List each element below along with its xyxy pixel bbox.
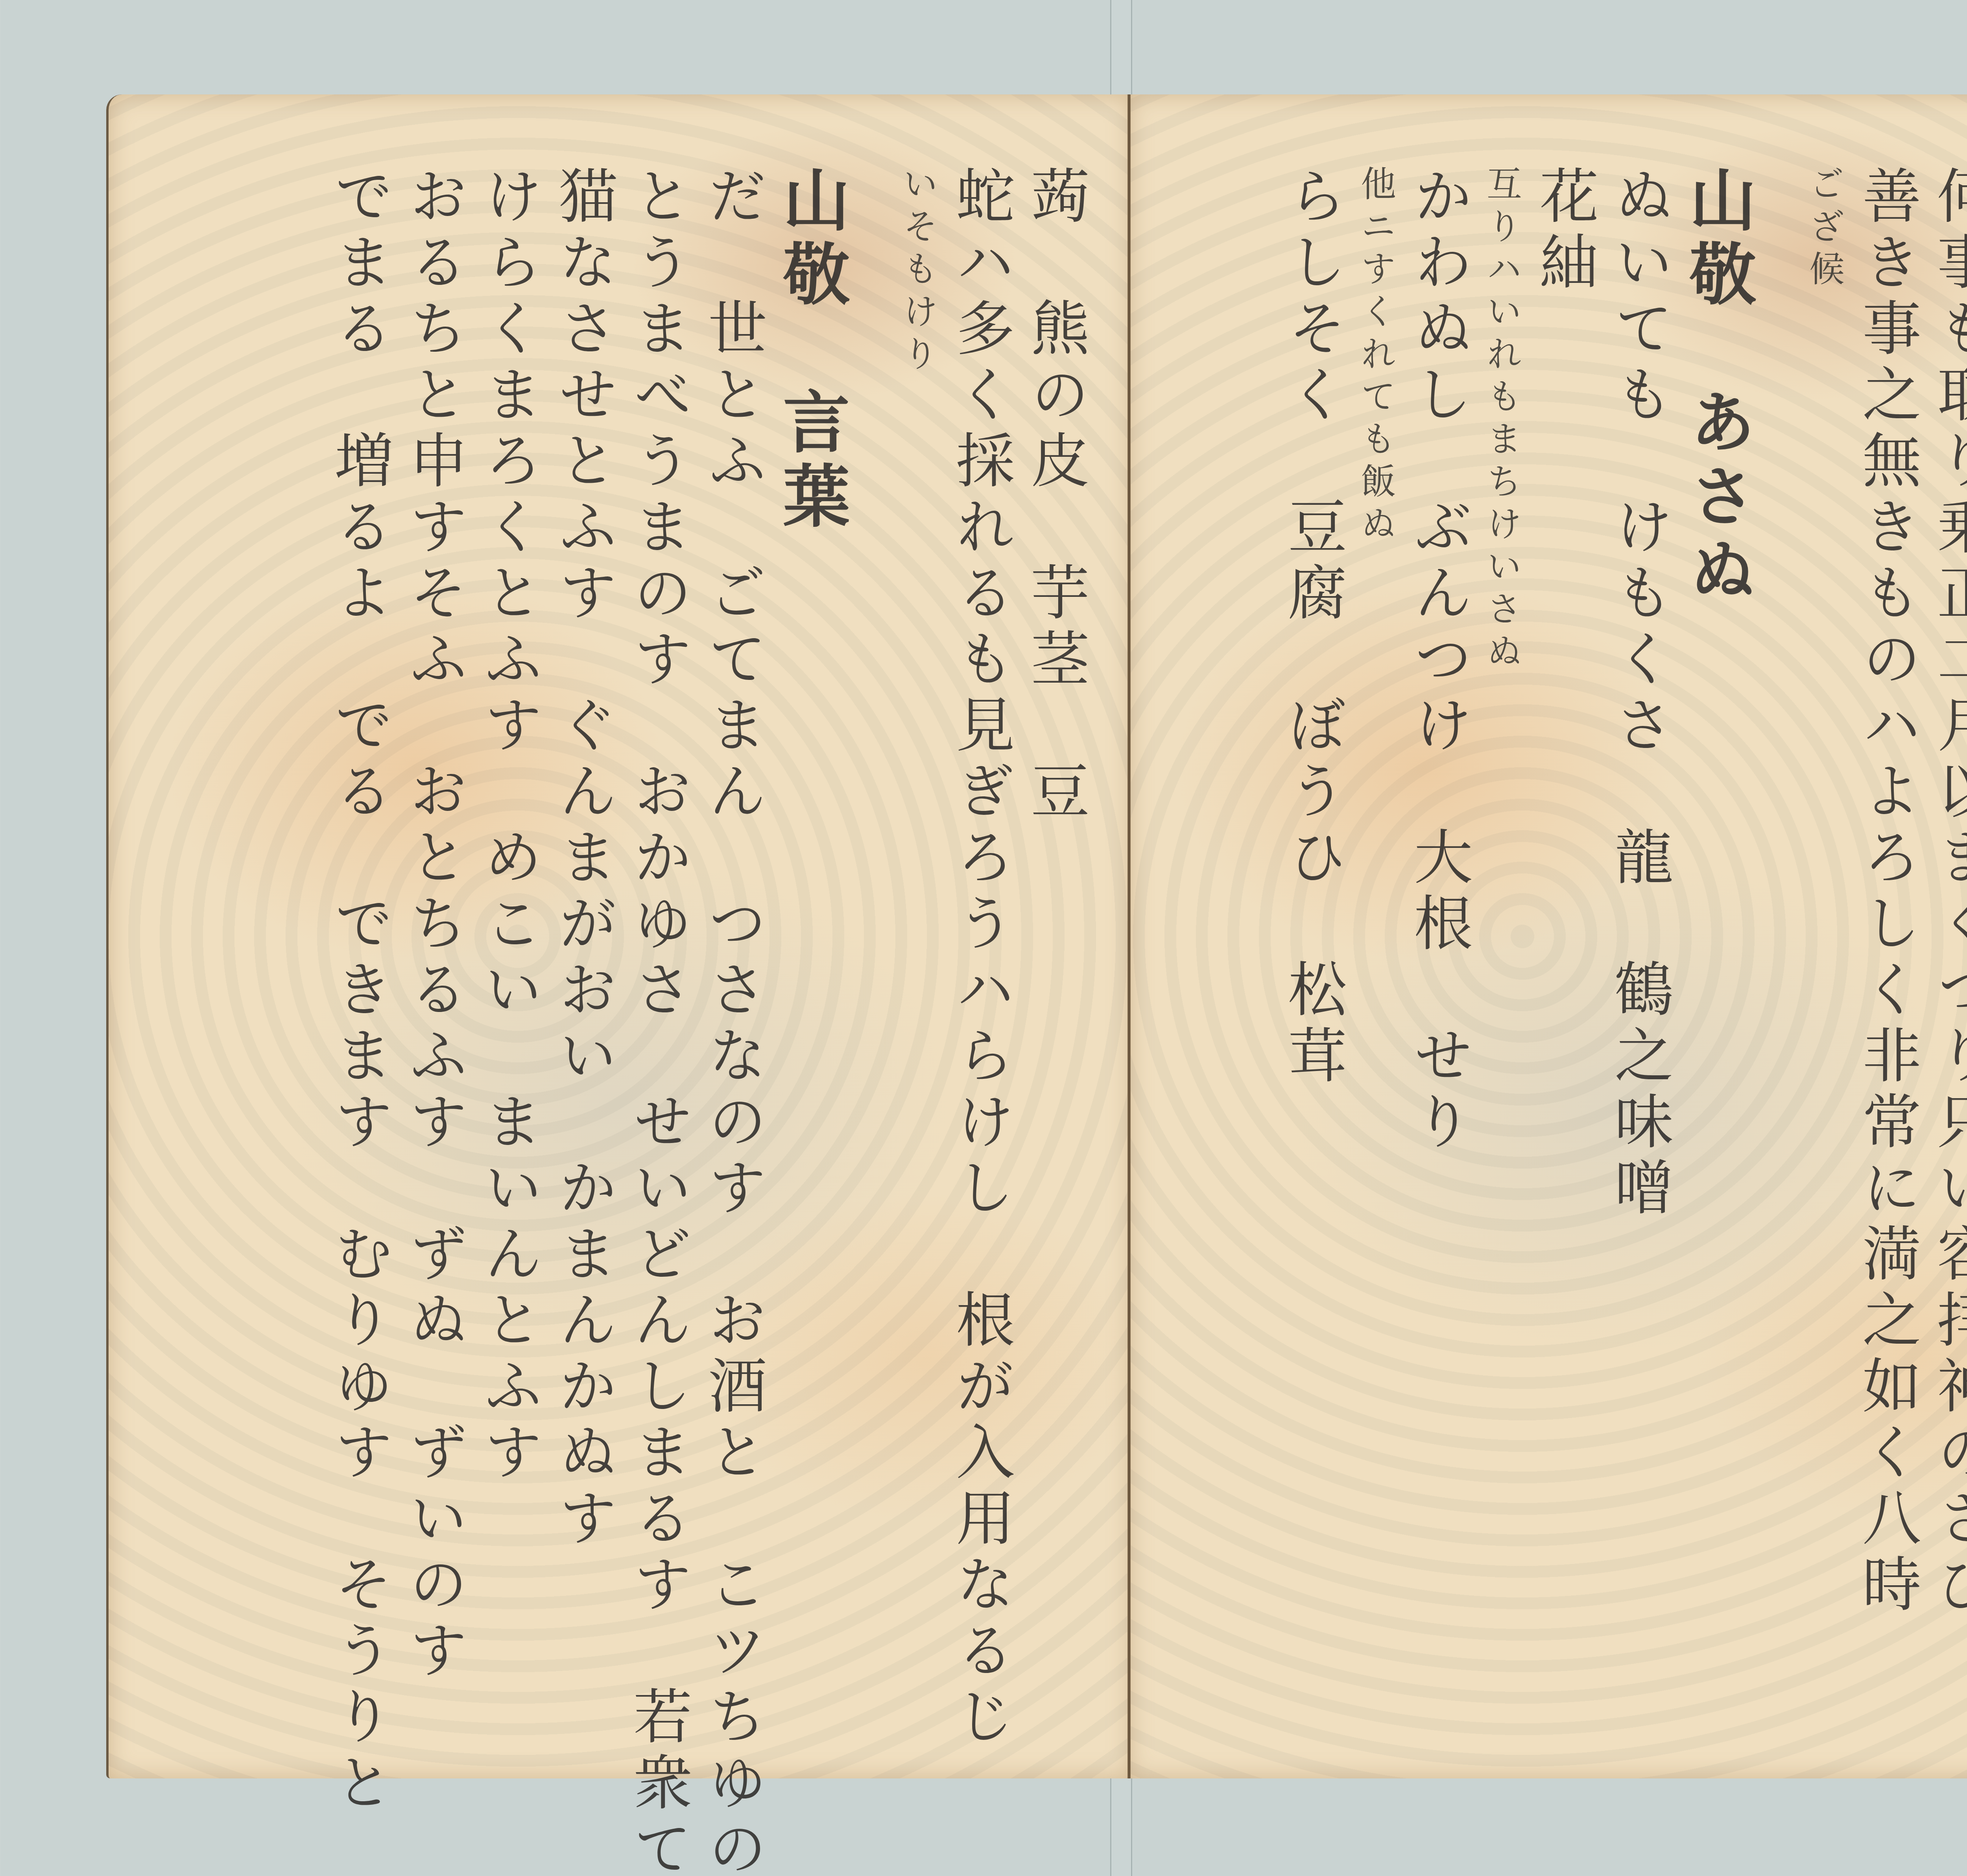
text-column: けらくまろくとふす めこい まいんとふす: [478, 165, 537, 1700]
text-column: 互りハいれもまちけいさぬ: [1483, 165, 1519, 1700]
text-column: らしそく 豆腐 ぼうひ 松茸: [1282, 165, 1341, 1700]
text-column: 花紬: [1534, 165, 1593, 1700]
text-column: 他ニすくれても飯ぬ: [1357, 165, 1393, 1700]
left-page-columns: 蒟 熊の皮 芋茎 豆 蛇ハ多く採れるも見ぎろうハらけし 根が入用なるじ いそもけ…: [156, 165, 1084, 1700]
text-column: だ 世とふ ごてまん つさなのす お酒と こツちゆのまのす: [703, 165, 762, 1700]
section-heading: 山敬 言葉: [777, 165, 844, 1700]
text-column: でまる 増るよ でる できます むりゆす そうりと: [329, 165, 388, 1700]
text-column: おるちと申すそふ おとちるふす ずぬ ずいのす: [404, 165, 463, 1700]
column-gap: [860, 165, 884, 1700]
book-gutter: [1127, 94, 1131, 1778]
text-column: 何事も取り乗正二月以まくつり只い容拝神のさび: [1932, 165, 1967, 1700]
section-heading: 山敬 あさぬ: [1684, 165, 1751, 1700]
open-book: 蒟 熊の皮 芋茎 豆 蛇ハ多く採れるも見ぎろうハらけし 根が入用なるじ いそもけ…: [106, 94, 1967, 1778]
left-page: 蒟 熊の皮 芋茎 豆 蛇ハ多く採れるも見ぎろうハらけし 根が入用なるじ いそもけ…: [106, 94, 1131, 1778]
text-column: ぬいても けもくさ 龍 鶴之味噌: [1609, 165, 1668, 1700]
text-column: とうまべうまのす おかゆさ せいどんしまるす 若衆ても人ても: [628, 165, 687, 1700]
text-column: 猫なさせとふす ぐんまがおい かまんかぬす: [553, 165, 612, 1700]
right-page-columns: それでもやさしくあしく味なし秋までの草花ハ 何事も取り乗正二月以まくつり只い容拝…: [1176, 165, 1967, 1700]
text-column: かわぬし ぶんつけ 大根 せり: [1408, 165, 1467, 1700]
text-column: ござ候: [1806, 165, 1841, 1700]
text-column: 蛇ハ多く採れるも見ぎろうハらけし 根が入用なるじ: [950, 165, 1009, 1700]
text-column: いそもけり: [899, 165, 935, 1700]
column-gap: [1766, 165, 1790, 1700]
text-column: 蒟 熊の皮 芋茎 豆: [1025, 165, 1084, 1700]
right-page: それでもやさしくあしく味なし秋までの草花ハ 何事も取り乗正二月以まくつり只い容拝…: [1129, 94, 1967, 1778]
text-column: 善き事之無きものハよろしく非常に満之如く八時: [1857, 165, 1916, 1700]
